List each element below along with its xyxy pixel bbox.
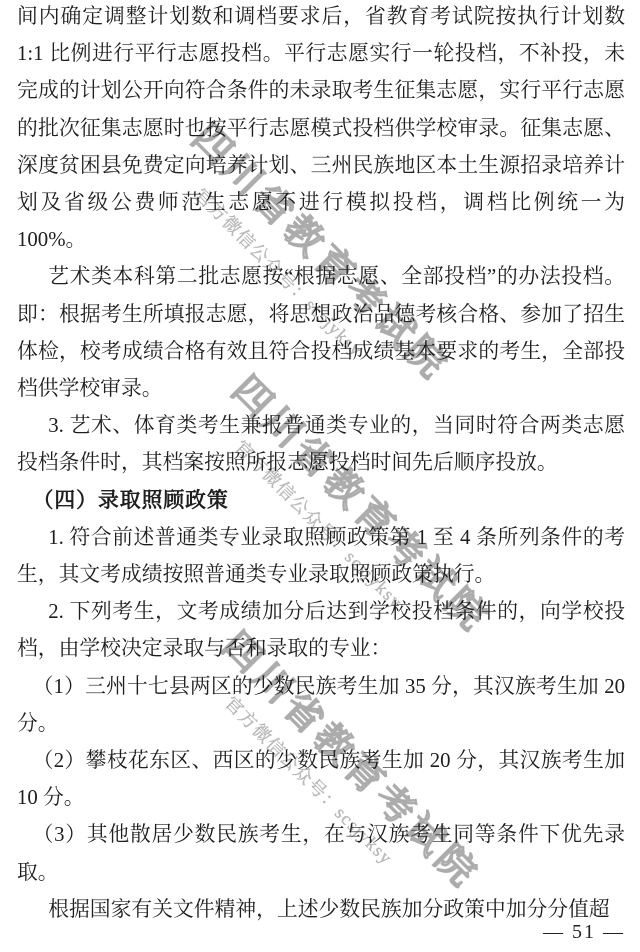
page-number: — 51 — bbox=[543, 921, 625, 944]
paragraph: 2. 下列考生，文考成绩加分后达到学校投档条件的，向学校投档，由学校决定录取与否… bbox=[17, 593, 625, 667]
paragraph: 间内确定调整计划数和调档要求后，省教育考试院按执行计划数 1:1 比例进行平行志… bbox=[17, 0, 625, 258]
paragraph: （四）录取照顾政策 bbox=[17, 482, 625, 519]
paragraph: （3）其他散居少数民族考生，在与汉族考生同等条件下优先录取。 bbox=[17, 816, 625, 890]
document-body: 间内确定调整计划数和调档要求后，省教育考试院按执行计划数 1:1 比例进行平行志… bbox=[17, 0, 625, 928]
paragraph: （2）攀枝花东区、西区的少数民族考生加 20 分，其汉族考生加 10 分。 bbox=[17, 742, 625, 816]
paragraph: （1）三州十七县两区的少数民族考生加 35 分，其汉族考生加 20 分。 bbox=[17, 668, 625, 742]
paragraph: 根据国家有关文件精神，上述少数民族加分政策中加分分值超 bbox=[17, 891, 625, 928]
paragraph: 1. 符合前述普通类专业录取照顾政策第 1 至 4 条所列条件的考生，其文考成绩… bbox=[17, 519, 625, 593]
paragraph: 艺术类本科第二批志愿按“根据志愿、全部投档”的办法投档。即：根据考生所填报志愿，… bbox=[17, 258, 625, 407]
paragraph: 3. 艺术、体育类考生兼报普通类专业的，当同时符合两类志愿投档条件时，其档案按照… bbox=[17, 407, 625, 481]
